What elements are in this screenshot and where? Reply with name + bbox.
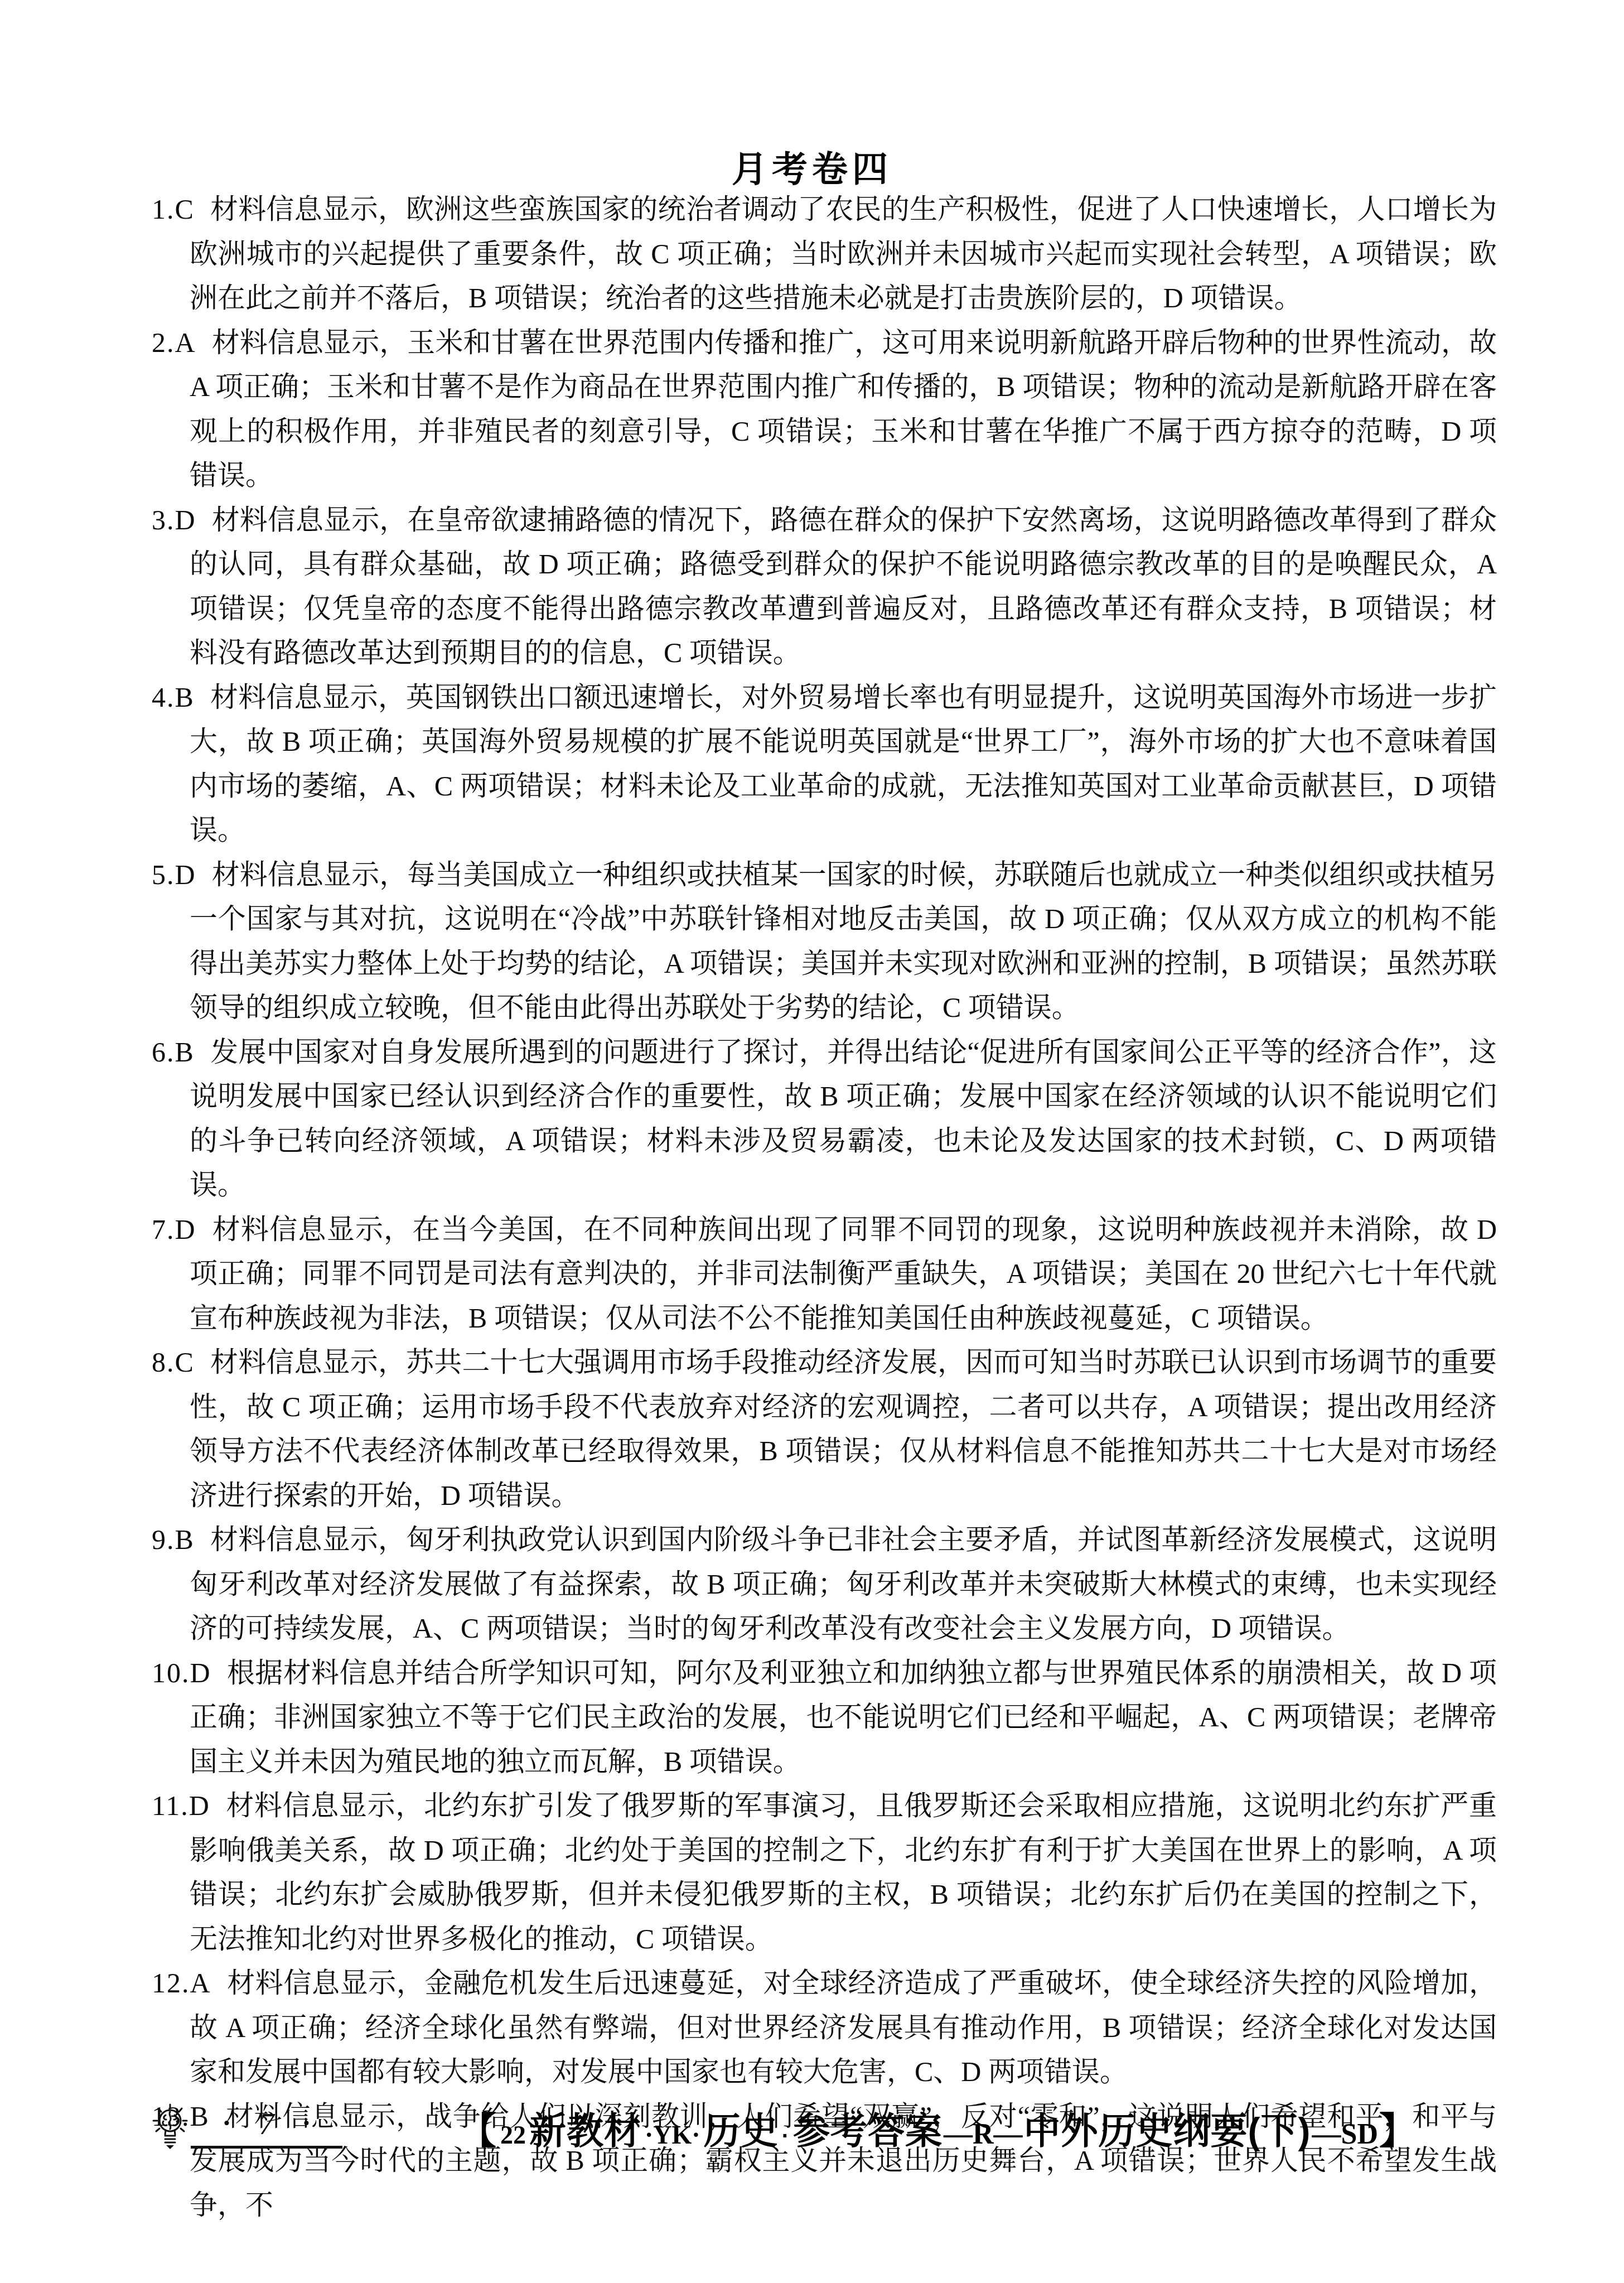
answer-item-9: 9.B材料信息显示，匈牙利执政党认识到国内阶级斗争已非社会主要矛盾，并试图革新经… <box>152 1518 1497 1651</box>
imprint-edition: —R— <box>942 2118 1024 2151</box>
imprint-year: 22 <box>497 2120 529 2150</box>
answer-number: 5.D <box>152 859 196 890</box>
imprint-series: 新教材 <box>529 2101 641 2154</box>
imprint-region: —SD <box>1311 2118 1379 2151</box>
answer-text: 材料信息显示，在当今美国，在不同种族间出现了同罪不同罚的现象，这说明种族歧视并未… <box>190 1214 1497 1334</box>
answer-text: 材料信息显示，苏共二十七大强调用市场手段推动经济发展，因而可知当时苏联已认识到市… <box>190 1346 1497 1511</box>
answer-item-3: 3.D材料信息显示，在皇帝欲逮捕路德的情况下，路德在群众的保护下安然离场，这说明… <box>152 498 1497 675</box>
page-footer: • 7 • 【 22 新教材 ·YK· 历史 · 参考答案 —R— 中外历史纲要… <box>152 2102 1497 2153</box>
page-number-dot-left: • <box>224 2115 230 2134</box>
answer-number: 11.D <box>152 1790 210 1821</box>
answers-list: 1.C材料信息显示，欧洲这些蛮族国家的统治者调动了农民的生产积极性，促进了人口快… <box>152 187 1497 2227</box>
imprint-subject: 历史 <box>704 2101 779 2154</box>
imprint-code: ·YK· <box>641 2120 704 2150</box>
imprint-bracket-open: 【 <box>460 2101 497 2154</box>
imprint-dot: · <box>779 2124 793 2149</box>
answer-item-2: 2.A材料信息显示，玉米和甘薯在世界范围内传播和推广，这可用来说明新航路开辟后物… <box>152 321 1497 498</box>
answer-text: 材料信息显示，每当美国成立一种组织或扶植某一国家的时候，苏联随后也就成立一种类似… <box>190 859 1497 1024</box>
answer-text: 材料信息显示，匈牙利执政党认识到国内阶级斗争已非社会主要矛盾，并试图革新经济发展… <box>190 1524 1497 1644</box>
answer-item-8: 8.C材料信息显示，苏共二十七大强调用市场手段推动经济发展，因而可知当时苏联已认… <box>152 1340 1497 1518</box>
answer-item-4: 4.B材料信息显示，英国钢铁出口额迅速增长，对外贸易增长率也有明显提升，这说明英… <box>152 675 1497 853</box>
answer-number: 10.D <box>152 1657 211 1688</box>
page-number: 7 <box>259 2109 274 2139</box>
imprint-volume: 中外历史纲要(下) <box>1024 2101 1311 2154</box>
answer-text: 根据材料信息并结合所学知识可知，阿尔及利亚独立和加纳独立都与世界殖民体系的崩溃相… <box>190 1657 1497 1777</box>
answer-item-12: 12.A材料信息显示，金融危机发生后迅速蔓延，对全球经济造成了严重破坏，使全球经… <box>152 1961 1497 2094</box>
brain-lightbulb-icon <box>152 2103 188 2151</box>
answer-item-1: 1.C材料信息显示，欧洲这些蛮族国家的统治者调动了农民的生产积极性，促进了人口快… <box>152 187 1497 321</box>
answer-item-11: 11.D材料信息显示，北约东扩引发了俄罗斯的军事演习，且俄罗斯还会采取相应措施，… <box>152 1784 1497 1961</box>
page-number-dot-right: • <box>303 2115 310 2134</box>
answer-sheet-page: 月考卷四 1.C材料信息显示，欧洲这些蛮族国家的统治者调动了农民的生产积极性，促… <box>0 0 1624 2283</box>
imprint: 【 22 新教材 ·YK· 历史 · 参考答案 —R— 中外历史纲要(下) —S… <box>460 2101 1417 2154</box>
answer-item-7: 7.D材料信息显示，在当今美国，在不同种族间出现了同罪不同罚的现象，这说明种族歧… <box>152 1208 1497 1341</box>
answer-text: 发展中国家对自身发展所遇到的问题进行了探讨，并得出结论“促进所有国家间公正平等的… <box>190 1036 1497 1201</box>
answer-number: 12.A <box>152 1967 211 1999</box>
answer-text: 材料信息显示，北约东扩引发了俄罗斯的军事演习，且俄罗斯还会采取相应措施，这说明北… <box>190 1790 1497 1954</box>
answer-number: 7.D <box>152 1214 196 1245</box>
answer-number: 3.D <box>152 504 196 535</box>
answer-item-6: 6.B发展中国家对自身发展所遇到的问题进行了探讨，并得出结论“促进所有国家间公正… <box>152 1030 1497 1208</box>
answer-item-10: 10.D根据材料信息并结合所学知识可知，阿尔及利亚独立和加纳独立都与世界殖民体系… <box>152 1651 1497 1784</box>
imprint-bracket-close: 】 <box>1379 2101 1417 2154</box>
answer-item-5: 5.D材料信息显示，每当美国成立一种组织或扶植某一国家的时候，苏联随后也就成立一… <box>152 853 1497 1030</box>
answer-number: 4.B <box>152 682 195 713</box>
answer-text: 材料信息显示，欧洲这些蛮族国家的统治者调动了农民的生产积极性，促进了人口快速增长… <box>190 194 1497 313</box>
answer-number: 1.C <box>152 194 195 225</box>
answer-number: 8.C <box>152 1346 195 1378</box>
imprint-type: 参考答案 <box>793 2101 942 2154</box>
page-number-box: • 7 • <box>191 2106 342 2149</box>
answer-text: 材料信息显示，玉米和甘薯在世界范围内传播和推广，这可用来说明新航路开辟后物种的世… <box>190 327 1497 491</box>
answer-text: 材料信息显示，金融危机发生后迅速蔓延，对全球经济造成了严重破坏，使全球经济失控的… <box>190 1967 1497 2087</box>
page-title: 月考卷四 <box>0 141 1624 192</box>
answer-number: 6.B <box>152 1036 195 1068</box>
answer-text: 材料信息显示，在皇帝欲逮捕路德的情况下，路德在群众的保护下安然离场，这说明路德改… <box>190 504 1497 669</box>
answer-text: 材料信息显示，英国钢铁出口额迅速增长，对外贸易增长率也有明显提升，这说明英国海外… <box>190 682 1497 846</box>
answer-number: 9.B <box>152 1524 195 1555</box>
answer-number: 2.A <box>152 327 196 358</box>
